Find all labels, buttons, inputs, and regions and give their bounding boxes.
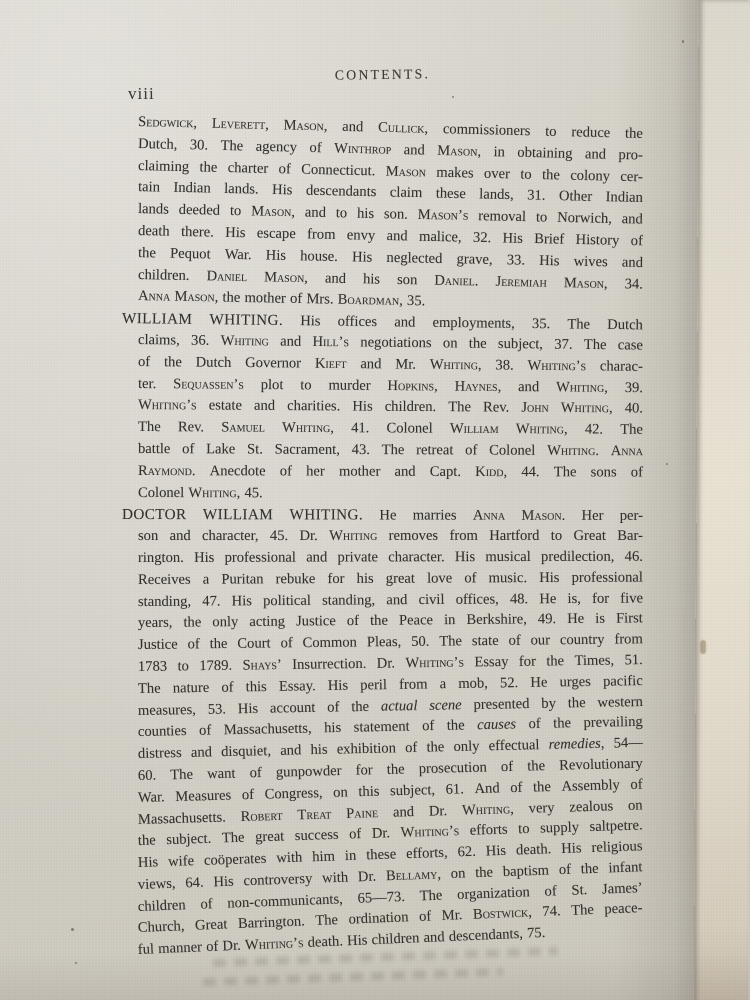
dust-speck — [452, 96, 454, 98]
toc-line: ColonelWhiting,45. — [138, 483, 643, 506]
scanned-book-photo: CONTENTS. viii Sedgwick,Leverett,Mason,a… — [0, 0, 750, 1000]
toc-entry: WILLIAMWHITING.Hisofficesandemployments,… — [122, 308, 643, 504]
bottom-shadow — [0, 952, 750, 1000]
page-number: viii — [128, 84, 155, 104]
toc-line: sonandcharacter,45.Dr.Whitingremovesfrom… — [138, 526, 643, 548]
toc-line: rington.Hisprofessionalandprivatecharact… — [138, 547, 643, 570]
paper-flaw — [700, 640, 706, 654]
running-head: CONTENTS. — [122, 63, 643, 86]
toc-text-block: Sedgwick,Leverett,Mason,andCullick,commi… — [122, 112, 643, 962]
book-page: CONTENTS. viii Sedgwick,Leverett,Mason,a… — [0, 0, 750, 1000]
toc-line: TheRev.SamuelWhiting,41.ColonelWilliamWh… — [138, 417, 643, 442]
toc-line: ReceivesaPuritanrebukeforhisgreatloveofm… — [138, 567, 643, 591]
toc-line: battleofLakeSt.Sacrament,43.Theretreatof… — [138, 439, 643, 463]
toc-line: DOCTORWILLIAMWHITING.HemarriesAnnaMason.… — [122, 504, 643, 527]
toc-line: Raymond.AnecdoteofhermotherandCapt.Kidd,… — [138, 461, 643, 484]
toc-entry: DOCTORWILLIAMWHITING.HemarriesAnnaMason.… — [122, 504, 643, 962]
toc-entry: Sedgwick,Leverett,Mason,andCullick,commi… — [122, 112, 643, 308]
dust-speck — [666, 463, 668, 465]
dust-speck — [71, 928, 74, 931]
dust-speck — [682, 40, 684, 43]
